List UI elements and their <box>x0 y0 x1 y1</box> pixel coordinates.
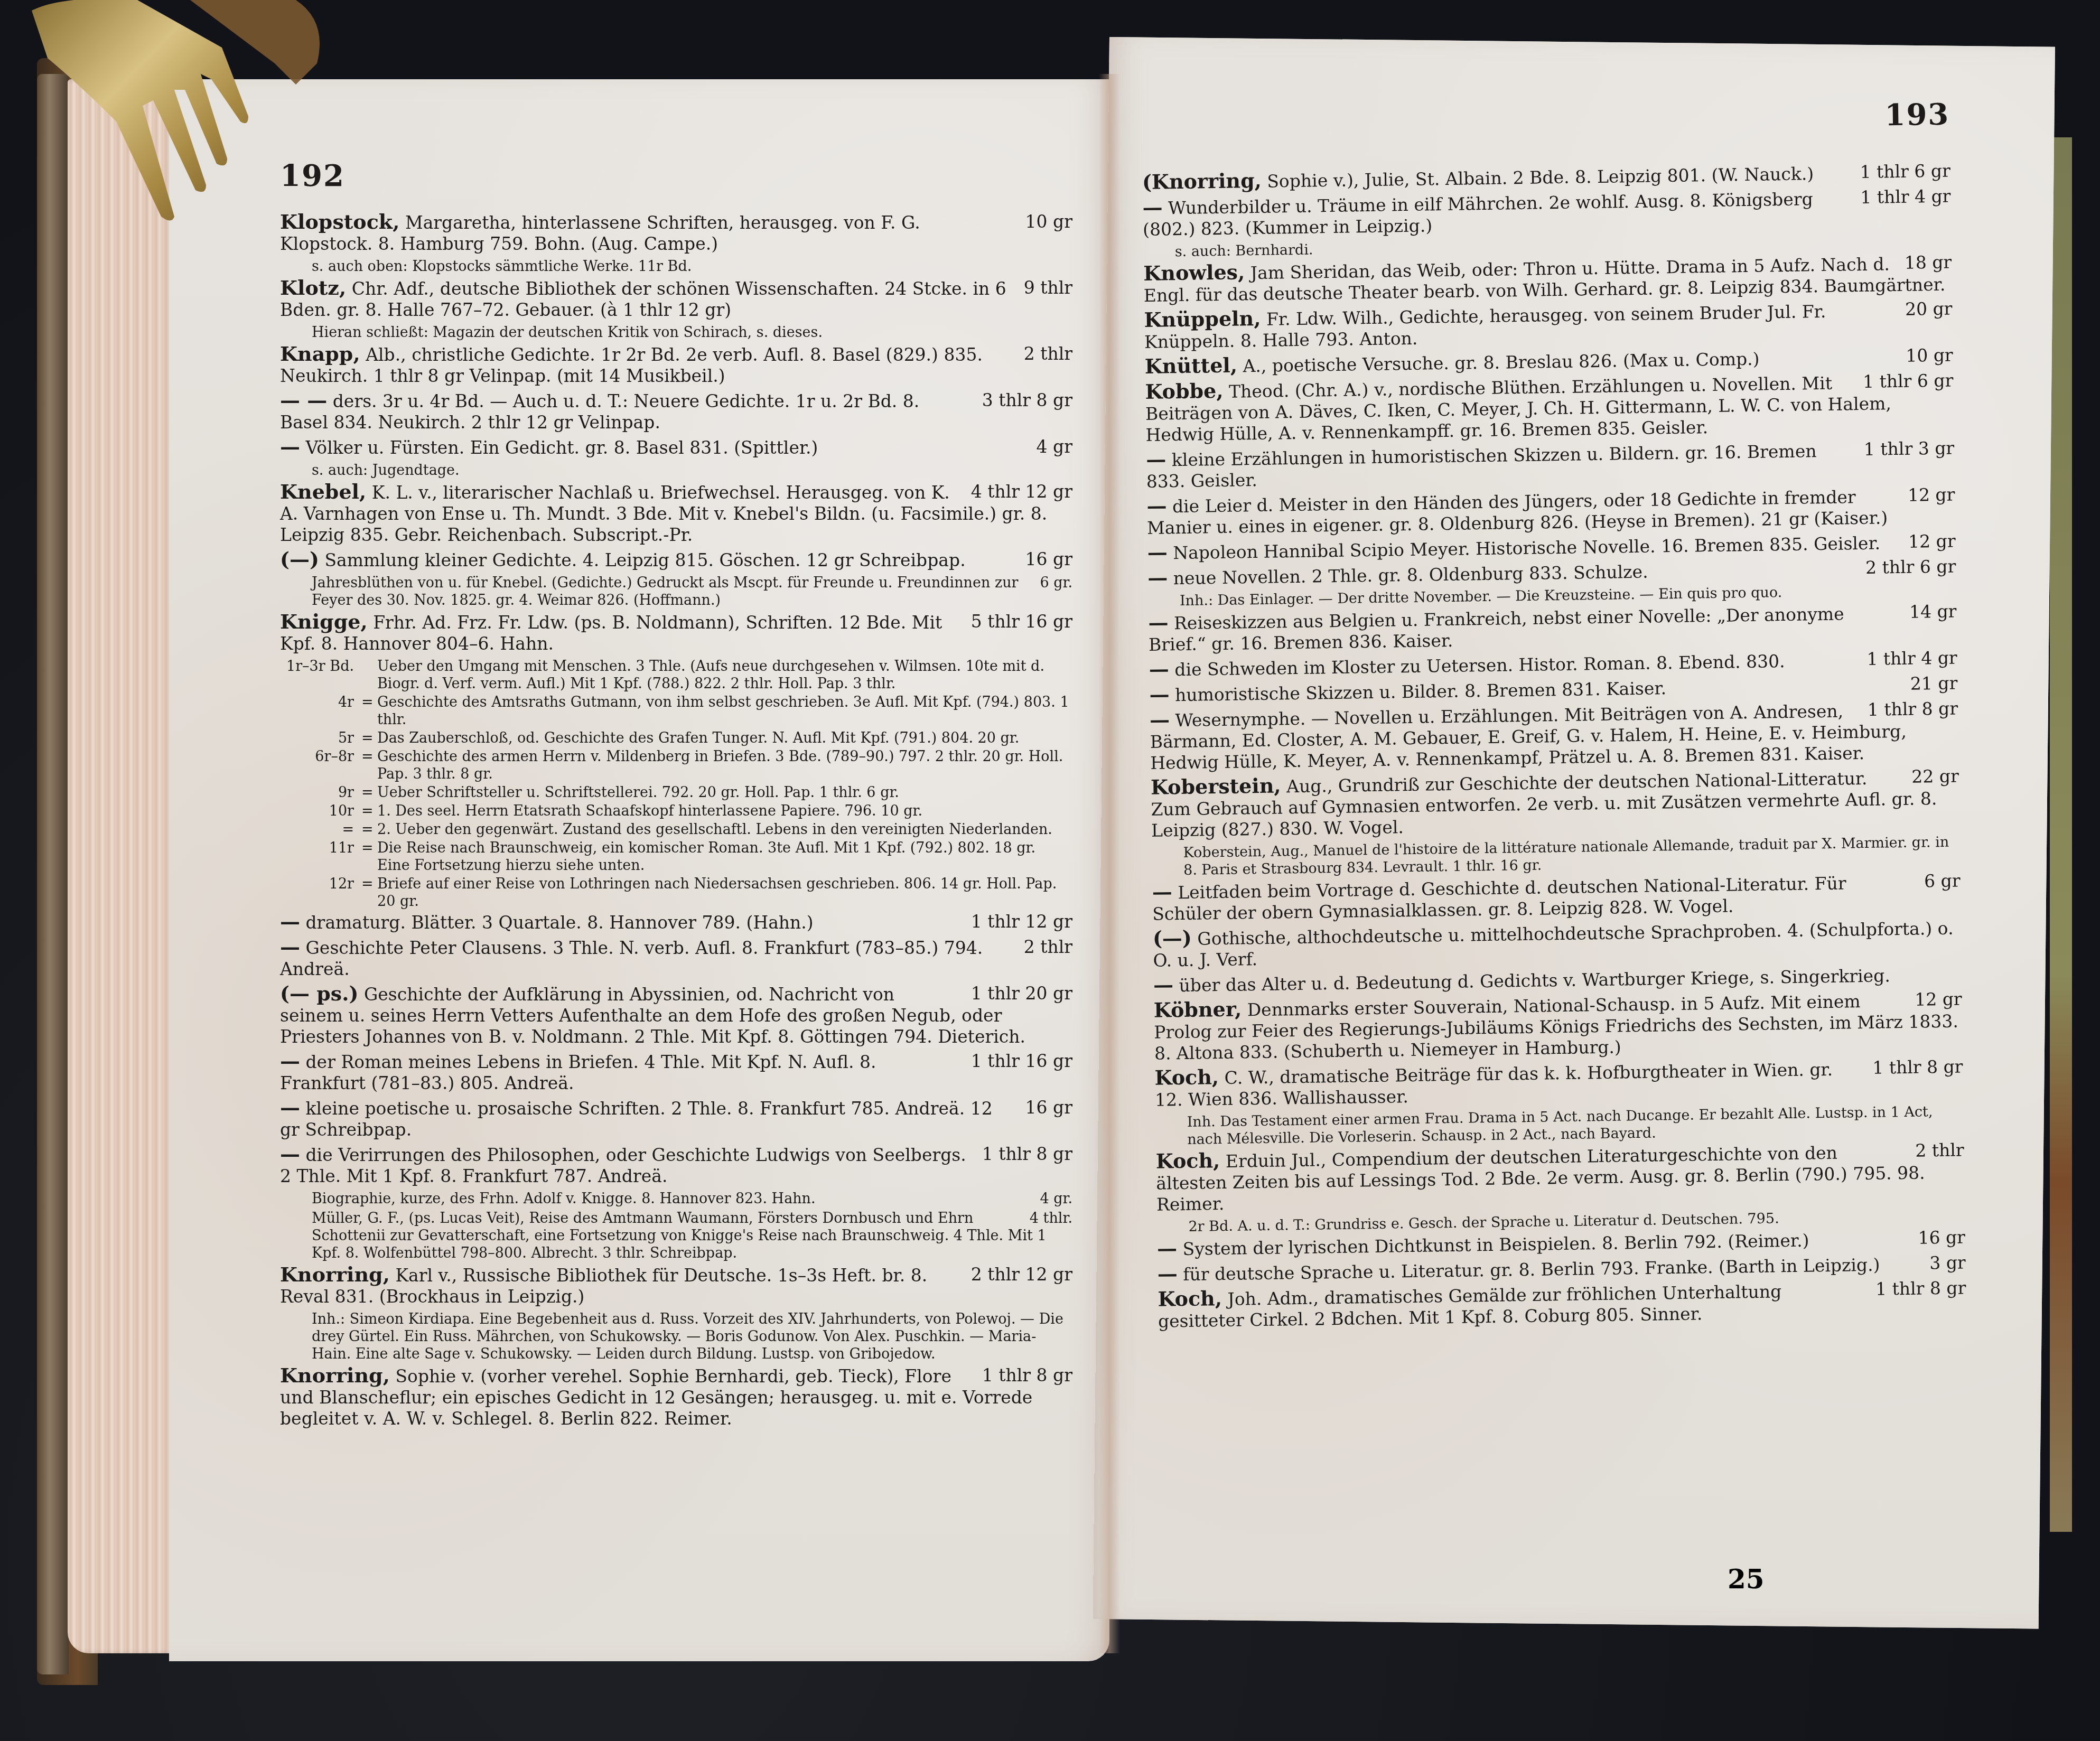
volume-label: 9r <box>280 784 361 801</box>
entry-description: Frhr. Ad. Frz. Fr. Ldw. (ps. B. Noldmann… <box>280 612 942 654</box>
catalog-note: s. auch: Jugendtage. <box>280 462 1072 479</box>
price: 12 gr <box>1915 988 1962 1010</box>
catalog-entry: 1 thlr 3 gr— kleine Erzählungen in humor… <box>1146 438 1955 492</box>
ditto-mark: = <box>361 729 377 747</box>
entry-author: Knüppeln, <box>1144 306 1261 332</box>
entry-description: Geschichte der Aufklärung in Abyssinien,… <box>280 984 1025 1047</box>
entry-description: System der lyrischen Dichtkunst in Beisp… <box>1182 1230 1809 1260</box>
price: 20 gr <box>1905 298 1953 320</box>
note-text: Müller, G. F., (ps. Lucas Veit), Reise d… <box>312 1210 1047 1261</box>
price: 21 gr <box>1910 673 1958 695</box>
price: 16 gr <box>1025 549 1072 570</box>
price: 10 gr <box>1025 211 1072 232</box>
entry-description: Wesernymphe. — Novellen u. Erzählungen. … <box>1150 701 1907 773</box>
entry-description: der Roman meines Lebens in Briefen. 4 Th… <box>280 1052 876 1093</box>
price: 1 thlr 20 gr <box>971 983 1072 1004</box>
price: 12 gr <box>1908 531 1956 553</box>
entry-author: — <box>1152 879 1172 904</box>
entry-description: kleine poetische u. prosaische Schriften… <box>280 1098 993 1140</box>
entry-author: — <box>1157 1261 1178 1286</box>
sub-volume-line: 5r=Das Zauberschloß, od. Geschichte des … <box>280 729 1072 747</box>
entry-description: Dennmarks erster Souverain, National-Sch… <box>1154 991 1958 1064</box>
entry-author: Knigge, <box>280 610 368 633</box>
price: 3 thlr 8 gr <box>982 390 1072 411</box>
note-text: s. auch: Jugendtage. <box>312 462 460 479</box>
catalog-entry: 2 thlr 12 grKnorring, Karl v., Russische… <box>280 1264 1072 1307</box>
price: 18 gr <box>1905 252 1952 274</box>
entry-author: Kobbe, <box>1145 379 1224 404</box>
ditto-mark: = <box>361 748 377 783</box>
catalog-note: s. auch oben: Klopstocks sämmtliche Werk… <box>280 258 1072 275</box>
price: 4 thlr 12 gr <box>971 481 1072 502</box>
ditto-mark: = <box>361 802 377 820</box>
page-number-left: 192 <box>280 158 345 193</box>
entry-author: — <box>1147 565 1168 589</box>
entry-author: — <box>280 1096 300 1119</box>
price: 1 thlr 4 gr <box>1860 186 1951 208</box>
entry-description: dramaturg. Blätter. 3 Quartale. 8. Hanno… <box>306 912 814 933</box>
price: 2 thlr <box>1024 343 1072 364</box>
catalog-entry: 22 grKoberstein, Aug., Grundriß zur Gesc… <box>1151 766 1960 841</box>
volume-title: 2. Ueber den gegenwärt. Zustand des gese… <box>377 821 1072 838</box>
price: 1 thlr 12 gr <box>971 911 1072 932</box>
catalog-entry: 16 gr(—) Sammlung kleiner Gedichte. 4. L… <box>280 549 1072 571</box>
entry-author: — <box>1142 195 1163 219</box>
price: 2 thlr <box>1915 1139 1964 1161</box>
entry-description: neue Novellen. 2 Thle. gr. 8. Oldenburg … <box>1173 561 1648 589</box>
entry-description: K. L. v., literarischer Nachlaß u. Brief… <box>280 482 1047 545</box>
entry-description: ders. 3r u. 4r Bd. — Auch u. d. T.: Neue… <box>280 391 919 433</box>
entry-author: (Knorring, <box>1142 169 1262 194</box>
entry-description: die Schweden im Kloster zu Uetersen. His… <box>1174 651 1785 680</box>
entry-author: Knapp, <box>280 342 360 366</box>
catalog-entry: 6 gr— Leitfaden beim Vortrage d. Geschic… <box>1152 870 1961 924</box>
entry-author: — <box>280 935 300 959</box>
catalog-entry: 4 thlr 12 grKnebel, K. L. v., literarisc… <box>280 481 1072 546</box>
catalog-entry: 1 thlr 4 gr— Wunderbilder u. Träume in e… <box>1142 186 1951 240</box>
note-text: Jahresblüthen von u. für Knebel. (Gedich… <box>312 575 1018 609</box>
price: 14 gr <box>1909 601 1957 623</box>
entry-description: Jam Sheridan, das Weib, oder: Thron u. H… <box>1144 254 1946 306</box>
price: 1 thlr 8 gr <box>1875 1277 1966 1299</box>
sub-volume-line: 9r=Ueber Schriftsteller u. Schriftstelle… <box>280 784 1072 801</box>
price: 22 gr <box>1911 766 1959 788</box>
entry-author: Klopstock, <box>280 210 399 233</box>
volume-title: Geschichte des armen Herrn v. Mildenberg… <box>377 748 1072 783</box>
note-text: s. auch oben: Klopstocks sämmtliche Werk… <box>312 258 692 275</box>
price: 4 gr <box>1037 436 1072 457</box>
volume-title: Die Reise nach Braunschweig, ein komisch… <box>377 839 1072 874</box>
price: 6 gr <box>1924 870 1961 892</box>
price: 1 thlr 8 gr <box>982 1365 1072 1386</box>
entry-description: Chr. Adf., deutsche Bibliothek der schön… <box>280 278 1006 320</box>
volume-label: 11r <box>280 839 361 874</box>
price: 16 gr <box>1025 1097 1072 1118</box>
price: 1 thlr 4 gr <box>1866 648 1957 670</box>
catalog-entry: 2 thlr— Geschichte Peter Clausens. 3 Thl… <box>280 937 1072 980</box>
sub-volume-line: 10r=1. Des seel. Herrn Etatsrath Schaafs… <box>280 802 1072 820</box>
brass-hand-page-holder-icon <box>0 0 328 222</box>
entry-description: Völker u. Fürsten. Ein Gedicht. gr. 8. B… <box>306 437 818 458</box>
catalog-entry: 4 gr— Völker u. Fürsten. Ein Gedicht. gr… <box>280 436 1072 458</box>
entry-author: Klotz, <box>280 276 346 299</box>
entry-author: — <box>280 910 300 933</box>
entry-description: Leitfaden beim Vortrage d. Geschichte d.… <box>1152 873 1846 924</box>
volume-title: 1. Des seel. Herrn Etatsrath Schaafskopf… <box>377 802 1072 820</box>
ditto-mark: = <box>361 875 377 910</box>
catalog-entry: 9 thlrKlotz, Chr. Adf., deutsche Bibliot… <box>280 277 1072 321</box>
volume-label: = <box>280 821 361 838</box>
sub-volume-line: 12r=Briefe auf einer Reise von Lothringe… <box>280 875 1072 910</box>
catalog-entry: (—) Gothische, althochdeutsche u. mittel… <box>1153 916 1962 971</box>
entry-author: — <box>1146 493 1167 518</box>
price: 1 thlr 6 gr <box>1863 370 1954 392</box>
catalog-entry: 1 thlr 8 gr— die Verirrungen des Philoso… <box>280 1144 1072 1187</box>
price: 1 thlr 8 gr <box>1872 1056 1963 1078</box>
entry-description: Erduin Jul., Compendium der deutschen Li… <box>1156 1143 1925 1215</box>
catalog-entry: 20 grKnüppeln, Fr. Ldw. Wilh., Gedichte,… <box>1144 298 1953 353</box>
volume-title: Das Zauberschloß, od. Geschichte des Gra… <box>377 729 1072 747</box>
price: 16 gr <box>1918 1227 1965 1248</box>
price: 4 thlr. <box>1030 1210 1072 1227</box>
catalog-note: 6 gr.Jahresblüthen von u. für Knebel. (G… <box>280 574 1072 609</box>
catalog-entry: 12 grKöbner, Dennmarks erster Souverain,… <box>1154 988 1963 1064</box>
catalog-entry: 16 gr— kleine poetische u. prosaische Sc… <box>280 1097 1072 1140</box>
catalog-entry: 1 thlr 6 grKobbe, Theod. (Chr. A.) v., n… <box>1145 370 1954 446</box>
price: 1 thlr 3 gr <box>1864 438 1955 460</box>
entry-author: — <box>1149 682 1170 706</box>
catalog-entry: 2 thlrKnapp, Alb., christliche Gedichte.… <box>280 343 1072 387</box>
entry-author: Köbner, <box>1154 997 1242 1022</box>
entry-author: Knorring, <box>280 1363 390 1387</box>
sub-volume-line: ==2. Ueber den gegenwärt. Zustand des ge… <box>280 821 1072 838</box>
entry-description: die Verirrungen des Philosophen, oder Ge… <box>280 1145 966 1186</box>
price: 5 thlr 16 gr <box>971 611 1072 632</box>
catalog-note: 4 thlr.Müller, G. F., (ps. Lucas Veit), … <box>280 1210 1072 1262</box>
volume-title: Ueber den Umgang mit Menschen. 3 Thle. (… <box>377 658 1072 692</box>
signature-mark: 25 <box>1728 1564 1765 1595</box>
catalog-note: Hieran schließt: Magazin der deutschen K… <box>280 324 1072 341</box>
catalog-note: Inh.: Simeon Kirdiapa. Eine Begebenheit … <box>280 1311 1072 1363</box>
price: 9 thlr <box>1024 277 1072 298</box>
entry-author: — <box>1147 540 1168 564</box>
volume-label: 4r <box>280 694 361 728</box>
right-entries-list: 1 thlr 6 gr(Knorring, Sophie v.), Julie,… <box>1142 161 1967 1335</box>
sub-volume-line: 11r=Die Reise nach Braunschweig, ein kom… <box>280 839 1072 874</box>
entry-description: Wunderbilder u. Träume in eilf Mährchen.… <box>1143 189 1813 240</box>
catalog-note: 4 gr.Biographie, kurze, des Frhn. Adolf … <box>280 1190 1072 1208</box>
entry-author: Koch, <box>1156 1148 1220 1173</box>
cover-left-edge <box>37 74 69 1674</box>
note-text: Hieran schließt: Magazin der deutschen K… <box>312 324 823 341</box>
catalog-entry: 1 thlr 8 grKoch, C. W., dramatische Beit… <box>1154 1056 1963 1110</box>
price: 6 gr. <box>1040 574 1072 592</box>
entry-author: Koch, <box>1158 1286 1222 1311</box>
catalog-entry: 18 grKnowles, Jam Sheridan, das Weib, od… <box>1143 252 1952 306</box>
volume-label: 5r <box>280 729 361 747</box>
note-text: Biographie, kurze, des Frhn. Adolf v. Kn… <box>312 1191 816 1207</box>
entry-author: — <box>1153 972 1174 997</box>
price: 10 gr <box>1906 345 1953 367</box>
catalog-entry: 1 thlr 8 grKoch, Joh. Adm., dramatisches… <box>1158 1277 1966 1332</box>
entry-author: Knebel, <box>280 480 366 503</box>
entry-description: kleine Erzählungen in humoristischen Ski… <box>1146 441 1817 492</box>
entry-author: — <box>1150 707 1170 732</box>
price: 3 gr <box>1929 1252 1966 1274</box>
price: 1 thlr 8 gr <box>982 1144 1072 1165</box>
volume-title: Briefe auf einer Reise von Lothringen na… <box>377 875 1072 910</box>
sub-volume-line: 6r–8r=Geschichte des armen Herrn v. Mild… <box>280 748 1072 783</box>
catalog-entry: 1 thlr 16 gr— der Roman meines Lebens in… <box>280 1051 1072 1094</box>
entry-description: Reiseskizzen aus Belgien u. Frankreich, … <box>1149 604 1844 655</box>
entry-description: Geschichte Peter Clausens. 3 Thle. N. ve… <box>280 938 983 979</box>
entry-author: — <box>280 435 300 458</box>
cover-right-edge <box>2050 137 2072 1532</box>
entry-description: Gothische, althochdeutsche u. mittelhoch… <box>1153 918 1954 971</box>
volume-title: Geschichte des Amtsraths Gutmann, von ih… <box>377 694 1072 728</box>
entry-author: Knüttel, <box>1145 353 1238 378</box>
note-text: s. auch: Bernhardi. <box>1175 241 1313 260</box>
catalog-entry: 1 thlr 20 gr(— ps.) Geschichte der Aufkl… <box>280 983 1072 1047</box>
sub-volume-line: 1r–3r Bd.Ueber den Umgang mit Menschen. … <box>280 658 1072 692</box>
volume-title: Ueber Schriftsteller u. Schriftstellerei… <box>377 784 1072 801</box>
price: 1 thlr 16 gr <box>971 1051 1072 1072</box>
price: 12 gr <box>1908 484 1955 506</box>
entry-author: — <box>1148 610 1169 634</box>
catalog-entry: 14 gr— Reiseskizzen aus Belgien u. Frank… <box>1148 601 1957 656</box>
price: 2 thlr 12 gr <box>971 1264 1072 1285</box>
catalog-entry: 1 thlr 8 grKnorring, Sophie v. (vorher v… <box>280 1365 1072 1429</box>
entry-author: — — <box>280 388 327 412</box>
entry-author: — <box>280 1049 300 1073</box>
price: 4 gr. <box>1040 1190 1072 1208</box>
entry-author: (—) <box>280 547 319 571</box>
entry-author: Koch, <box>1154 1065 1219 1090</box>
entry-author: Knowles, <box>1143 260 1245 285</box>
book-gutter <box>1099 74 1120 1653</box>
page-number-right: 193 <box>1884 97 1950 133</box>
volume-label: 1r–3r Bd. <box>280 658 361 692</box>
price: 1 thlr 8 gr <box>1868 698 1958 720</box>
catalog-entry: 2 thlrKoch, Erduin Jul., Compendium der … <box>1156 1139 1965 1215</box>
note-text: Inh.: Simeon Kirdiapa. Eine Begebenheit … <box>312 1311 1063 1362</box>
entry-author: — <box>1157 1236 1178 1260</box>
left-entries-list: 10 grKlopstock, Margaretha, hinterlassen… <box>280 211 1072 1433</box>
entry-author: (— ps.) <box>280 981 358 1005</box>
ditto-mark: = <box>361 694 377 728</box>
catalog-entry: 1 thlr 12 gr— dramaturg. Blätter. 3 Quar… <box>280 911 1072 933</box>
catalog-entry: 1 thlr 8 gr— Wesernymphe. — Novellen u. … <box>1150 698 1959 774</box>
entry-description: humoristische Skizzen u. Bilder. 8. Brem… <box>1175 678 1667 705</box>
catalog-entry: 5 thlr 16 grKnigge, Frhr. Ad. Frz. Fr. L… <box>280 611 1072 654</box>
ditto-mark: = <box>361 839 377 874</box>
entry-description: Sammlung kleiner Gedichte. 4. Leipzig 81… <box>324 550 965 570</box>
entry-author: — <box>280 1142 300 1166</box>
entry-author: — <box>1149 657 1170 681</box>
volume-label: 10r <box>280 802 361 820</box>
ditto-mark: = <box>361 821 377 838</box>
volume-label: 12r <box>280 875 361 910</box>
entry-author: Koberstein, <box>1151 773 1281 799</box>
entry-description: Joh. Adm., dramatisches Gemälde zur fröh… <box>1158 1281 1782 1331</box>
catalog-entry: 3 thlr 8 gr— — ders. 3r u. 4r Bd. — Auch… <box>280 390 1072 433</box>
entry-description: C. W., dramatische Beiträge für das k. k… <box>1155 1059 1833 1110</box>
entry-description: Sophie v. (vorher verehel. Sophie Bernha… <box>280 1366 1032 1429</box>
catalog-entry: 12 gr— die Leier d. Meister in den Hände… <box>1146 484 1955 539</box>
entry-author: Knorring, <box>280 1262 390 1286</box>
entry-description: die Leier d. Meister in den Händen des J… <box>1147 486 1888 538</box>
entry-author: (—) <box>1153 926 1192 950</box>
entry-description: Alb., christliche Gedichte. 1r 2r Bd. 2e… <box>280 344 983 386</box>
price: 2 thlr <box>1024 937 1072 958</box>
ditto-mark: = <box>361 784 377 801</box>
entry-description: Theod. (Chr. A.) v., nordische Blüthen. … <box>1145 373 1891 445</box>
entry-author: — <box>1146 447 1166 471</box>
catalog-entry: 10 grKlopstock, Margaretha, hinterlassen… <box>280 211 1072 255</box>
page-stack-edge <box>68 79 173 1653</box>
volume-label: 6r–8r <box>280 748 361 783</box>
price: 1 thlr 6 gr <box>1860 161 1950 183</box>
price: 2 thlr 6 gr <box>1865 556 1956 578</box>
entry-description: A., poetische Versuche. gr. 8. Breslau 8… <box>1243 349 1760 377</box>
ditto-mark <box>361 658 377 692</box>
sub-volume-line: 4r=Geschichte des Amtsraths Gutmann, von… <box>280 694 1072 728</box>
